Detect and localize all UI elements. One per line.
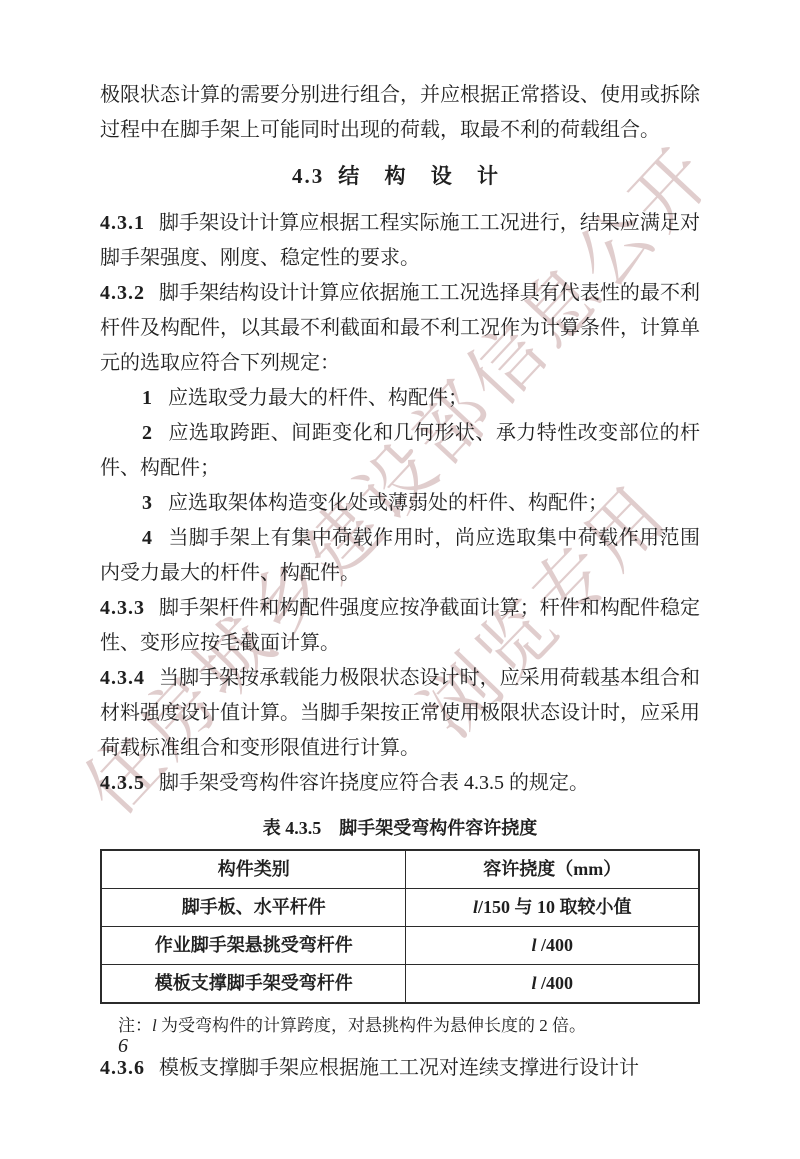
clause-4-3-5: 4.3.5脚手架受弯构件容许挠度应符合表 4.3.5 的规定。: [100, 766, 700, 801]
clause-4-3-6: 4.3.6模板支撑脚手架应根据施工工况对连续支撑进行设计计: [100, 1051, 700, 1086]
clause-4-3-3: 4.3.3脚手架杆件和构配件强度应按净截面计算；杆件和构配件稳定性、变形应按毛截…: [100, 591, 700, 661]
list-item-text: 当脚手架上有集中荷载作用时，尚应选取集中荷载作用范围内受力最大的杆件、构配件。: [100, 527, 700, 584]
table-cell-value: l /400: [406, 927, 699, 965]
clause-number: 4.3.4: [100, 667, 145, 689]
table-row: 作业脚手架悬挑受弯杆件 l /400: [101, 927, 699, 965]
clause-text: 当脚手架按承载能力极限状态设计时，应采用荷载基本组合和材料强度设计值计算。当脚手…: [100, 667, 700, 759]
list-item-text: 应选取跨距、间距变化和几何形状、承力特性改变部位的杆件、构配件；: [100, 422, 700, 479]
table-note: 注：l 为受弯构件的计算跨度，对悬挑构件为悬伸长度的 2 倍。: [118, 1013, 700, 1039]
table-header-category: 构件类别: [101, 850, 406, 889]
clause-text: 脚手架设计计算应根据工程实际施工工况进行，结果应满足对脚手架强度、刚度、稳定性的…: [100, 212, 700, 269]
clause-number: 4.3.2: [100, 282, 145, 304]
clause-number: 4.3.5: [100, 772, 145, 794]
value-text: /150 与 10 取较小值: [478, 897, 632, 917]
section-heading-title: 结 构 设 计: [338, 164, 508, 188]
list-item-1: 1应选取受力最大的杆件、构配件；: [100, 381, 700, 416]
list-item-number: 1: [142, 387, 152, 409]
clause-number: 4.3.3: [100, 597, 145, 619]
clause-number: 4.3.6: [100, 1057, 145, 1079]
table-row: 脚手板、水平杆件 l/150 与 10 取较小值: [101, 889, 699, 927]
list-item-text: 应选取受力最大的杆件、构配件；: [168, 387, 468, 409]
clause-4-3-2: 4.3.2脚手架结构设计计算应依据施工工况选择具有代表性的最不利杆件及构配件，以…: [100, 276, 700, 381]
table-cell-category: 模板支撑脚手架受弯杆件: [101, 965, 406, 1004]
value-text: /400: [536, 973, 573, 993]
table-header-row: 构件类别 容许挠度（mm）: [101, 850, 699, 889]
note-text: 为受弯构件的计算跨度，对悬挑构件为悬伸长度的 2 倍。: [157, 1016, 586, 1035]
list-item-number: 4: [142, 527, 152, 549]
table-cell-category: 脚手板、水平杆件: [101, 889, 406, 927]
table-row: 模板支撑脚手架受弯杆件 l /400: [101, 965, 699, 1004]
clause-4-3-1: 4.3.1脚手架设计计算应根据工程实际施工工况进行，结果应满足对脚手架强度、刚度…: [100, 206, 700, 276]
table-cell-value: l /400: [406, 965, 699, 1004]
list-item-2: 2应选取跨距、间距变化和几何形状、承力特性改变部位的杆件、构配件；: [100, 416, 700, 486]
clause-text: 模板支撑脚手架应根据施工工况对连续支撑进行设计计: [159, 1057, 639, 1079]
section-heading: 4.3结 构 设 计: [100, 161, 700, 191]
list-item-4: 4当脚手架上有集中荷载作用时，尚应选取集中荷载作用范围内受力最大的杆件、构配件。: [100, 521, 700, 591]
clause-number: 4.3.1: [100, 212, 145, 234]
table-cell-category: 作业脚手架悬挑受弯杆件: [101, 927, 406, 965]
list-item-text: 应选取架体构造变化处或薄弱处的杆件、构配件；: [168, 492, 608, 514]
list-item-number: 3: [142, 492, 152, 514]
page-content: 极限状态计算的需要分别进行组合，并应根据正常搭设、使用或拆除过程中在脚手架上可能…: [0, 0, 800, 1086]
list-item-number: 2: [142, 422, 152, 444]
table-cell-value: l/150 与 10 取较小值: [406, 889, 699, 927]
clause-4-3-4: 4.3.4当脚手架按承载能力极限状态设计时，应采用荷载基本组合和材料强度设计值计…: [100, 661, 700, 766]
table-caption: 表 4.3.5 脚手架受弯构件容许挠度: [100, 815, 700, 841]
value-text: /400: [536, 935, 573, 955]
deflection-table: 构件类别 容许挠度（mm） 脚手板、水平杆件 l/150 与 10 取较小值 作…: [100, 849, 700, 1004]
clause-text: 脚手架受弯构件容许挠度应符合表 4.3.5 的规定。: [159, 772, 589, 794]
note-prefix: 注：: [118, 1016, 152, 1035]
intro-paragraph: 极限状态计算的需要分别进行组合，并应根据正常搭设、使用或拆除过程中在脚手架上可能…: [100, 78, 700, 148]
section-heading-number: 4.3: [292, 164, 324, 188]
clause-text: 脚手架杆件和构配件强度应按净截面计算；杆件和构配件稳定性、变形应按毛截面计算。: [100, 597, 700, 654]
list-item-3: 3应选取架体构造变化处或薄弱处的杆件、构配件；: [100, 486, 700, 521]
document-page: 住房城乡建设部信息公开 浏览专用 极限状态计算的需要分别进行组合，并应根据正常搭…: [0, 0, 800, 1159]
page-number: 6: [118, 1035, 128, 1058]
clause-text: 脚手架结构设计计算应依据施工工况选择具有代表性的最不利杆件及构配件，以其最不利截…: [100, 282, 700, 374]
table-header-deflection: 容许挠度（mm）: [406, 850, 699, 889]
